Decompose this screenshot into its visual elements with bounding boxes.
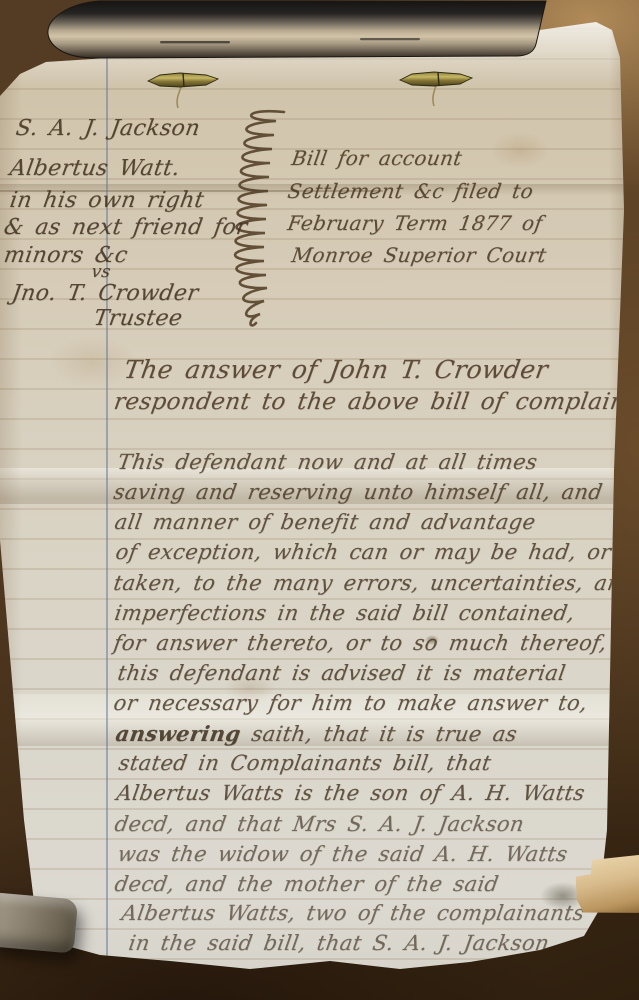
filing-note-line: February Term 1877 of xyxy=(286,211,544,235)
clipboard-clip-icon xyxy=(30,0,550,62)
document-paper: S. A. J. Jackson Albertus Watt. in his o… xyxy=(0,0,639,1000)
party-line: Albertus Watt. xyxy=(8,156,182,181)
photo-scene: S. A. J. Jackson Albertus Watt. in his o… xyxy=(0,0,639,1000)
respondent-name: Jno. T. Crowder xyxy=(10,281,200,306)
body-line: saving and reserving unto himself all, a… xyxy=(112,480,604,504)
body-line: Albertus Watts is the son of A. H. Watts xyxy=(115,781,587,805)
respondent-title: Trustee xyxy=(92,306,184,331)
filing-note-line: Bill for account xyxy=(290,146,464,170)
brass-fastener-icon xyxy=(146,66,222,112)
document-heading-line: The answer of John T. Crowder xyxy=(122,355,550,384)
body-line: decd, and that Mrs S. A. J. Jackson xyxy=(113,812,526,836)
body-line: imperfections in the said bill contained… xyxy=(113,601,577,625)
body-line: This defendant now and at all times xyxy=(116,450,539,474)
body-line: Albertus Watts, two of the complainants xyxy=(120,901,586,925)
body-line: of exception, which can or may be had, o… xyxy=(114,540,613,564)
party-line: & as next friend for xyxy=(2,215,249,240)
body-line: for answer thereto, or to so much thereo… xyxy=(112,631,639,655)
body-line: was the widow of the said A. H. Watts xyxy=(116,842,569,866)
versus-label: vs xyxy=(90,262,112,282)
body-line: stated in Complainants bill, that xyxy=(117,751,493,775)
filing-note-line: Settlement &c filed to xyxy=(286,179,535,203)
party-line: in his own right xyxy=(8,188,206,213)
party-line: S. A. J. Jackson xyxy=(14,116,202,141)
body-line: decd, and the mother of the said xyxy=(113,872,501,896)
body-line-emphasized: answering saith, that it is true as xyxy=(114,721,519,746)
body-line: taken, to the many errors, uncertainties… xyxy=(112,571,637,595)
filing-note-line: Monroe Superior Court xyxy=(290,243,548,267)
body-line: this defendant is advised it is material xyxy=(116,661,567,685)
brass-fastener-icon xyxy=(398,64,474,110)
body-line: or necessary for him to make answer to, xyxy=(112,691,589,715)
document-heading-line: respondent to the above bill of complain… xyxy=(112,389,639,415)
body-line: all manner of benefit and advantage xyxy=(113,510,537,534)
wooden-peg-icon xyxy=(0,892,78,953)
body-line: in the said bill, that S. A. J. Jackson xyxy=(127,931,551,955)
emphasized-word: answering xyxy=(114,721,243,746)
body-line-rest: saith, that it is true as xyxy=(239,722,519,746)
